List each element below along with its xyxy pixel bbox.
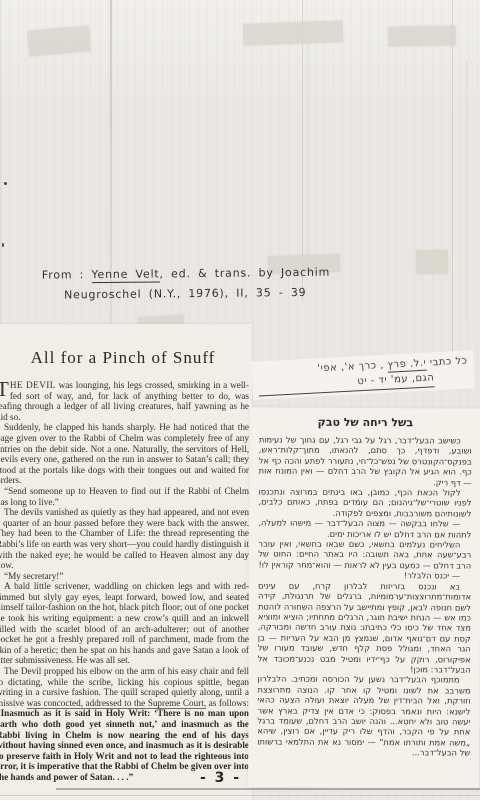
scan-bottom-edge xyxy=(56,788,480,790)
citation-prefix: From : xyxy=(42,268,84,281)
scan-scratch xyxy=(466,60,467,320)
tape-mark xyxy=(243,20,344,45)
hebrew-paragraph-7: מתמוכף הבעל־דבר נשען על הכורסה ומכתיב. ה… xyxy=(257,674,470,758)
scan-scratch xyxy=(452,0,453,360)
hebrew-paragraph-2: לקול הכאת הכף, כמובן, באו בינתים במרוצה … xyxy=(258,486,471,518)
page-number: - 3 - xyxy=(200,770,241,786)
english-story-clipping: All for a Pinch of Snuff THE DEVIL was l… xyxy=(0,324,252,800)
story-title-english: All for a Pinch of Snuff xyxy=(0,348,246,368)
hebrew-paragraph-3: — שלחו בבקשה — מצוה הבעל־דבר — מישהו למע… xyxy=(258,518,471,540)
tape-mark xyxy=(388,25,456,46)
english-paragraph-1: THE DEVIL was lounging, his legs crossed… xyxy=(0,380,249,422)
hebrew-paragraph-4: השליחים נעלמים בחשאי, כשם שבאו בחשאי, וא… xyxy=(258,539,471,571)
english-paragraph-6: A bald little scrivener, waddling on chi… xyxy=(0,581,249,666)
hebrew-story-clipping: בשל ריחה של טבק כשישב הבעל־דבר, רגל על ג… xyxy=(248,407,480,788)
english-paragraph-7: The Devil propped his elbow on the arm o… xyxy=(0,666,249,783)
drop-cap: T xyxy=(0,380,10,398)
english-paragraph-3: “Send someone up to Heaven to find out i… xyxy=(0,486,249,507)
scan-speck xyxy=(2,243,4,247)
hebrew-note-line2: הגם, עמ' יד - יט xyxy=(258,370,435,396)
hebrew-paragraph-6: בא ונכנס בזריזות לבלרון קרח, עם עינים אד… xyxy=(258,580,471,675)
tape-mark xyxy=(416,250,448,274)
scan-speck xyxy=(4,182,7,185)
hebrew-paragraph-1: כשישב הבעל־דבר, רגל על גבי רגל, עם גחוך … xyxy=(259,434,472,487)
scan-bottom-edge xyxy=(0,795,480,796)
tape-mark xyxy=(27,25,91,56)
citation-line2: Neugroschel (N.Y., 1976), II, 35 - 39 xyxy=(64,282,362,305)
english-paragraph-4: The devils vanished as quietly as they h… xyxy=(0,507,249,571)
citation-work-title: Yenne Velt xyxy=(91,267,159,283)
scan-scratch xyxy=(308,40,309,260)
english-paragraph-5: “My secretary!” xyxy=(0,571,249,582)
english-story-body: THE DEVIL was lounging, his legs crossed… xyxy=(0,380,249,783)
hebrew-story-body: כשישב הבעל־דבר, רגל על גבי רגל, עם גחוך … xyxy=(248,434,480,758)
pencil-underline: was concocted, addressed to the Supreme … xyxy=(27,698,207,709)
handwritten-hebrew-note: כל כתבי י.ל. פרץ , כרך א', אפי' הגם, עמ'… xyxy=(251,350,475,400)
citation-suffix: , ed. & trans. by Joachim xyxy=(159,266,330,281)
scanned-document-page: From : Yenne Velt, ed. & trans. by Joach… xyxy=(0,0,480,800)
handwritten-citation: From : Yenne Velt, ed. & trans. by Joach… xyxy=(42,262,362,305)
english-paragraph-2: Suddenly, he clapped his hands sharply. … xyxy=(0,422,249,486)
story-title-hebrew: בשל ריחה של טבק xyxy=(250,415,480,429)
